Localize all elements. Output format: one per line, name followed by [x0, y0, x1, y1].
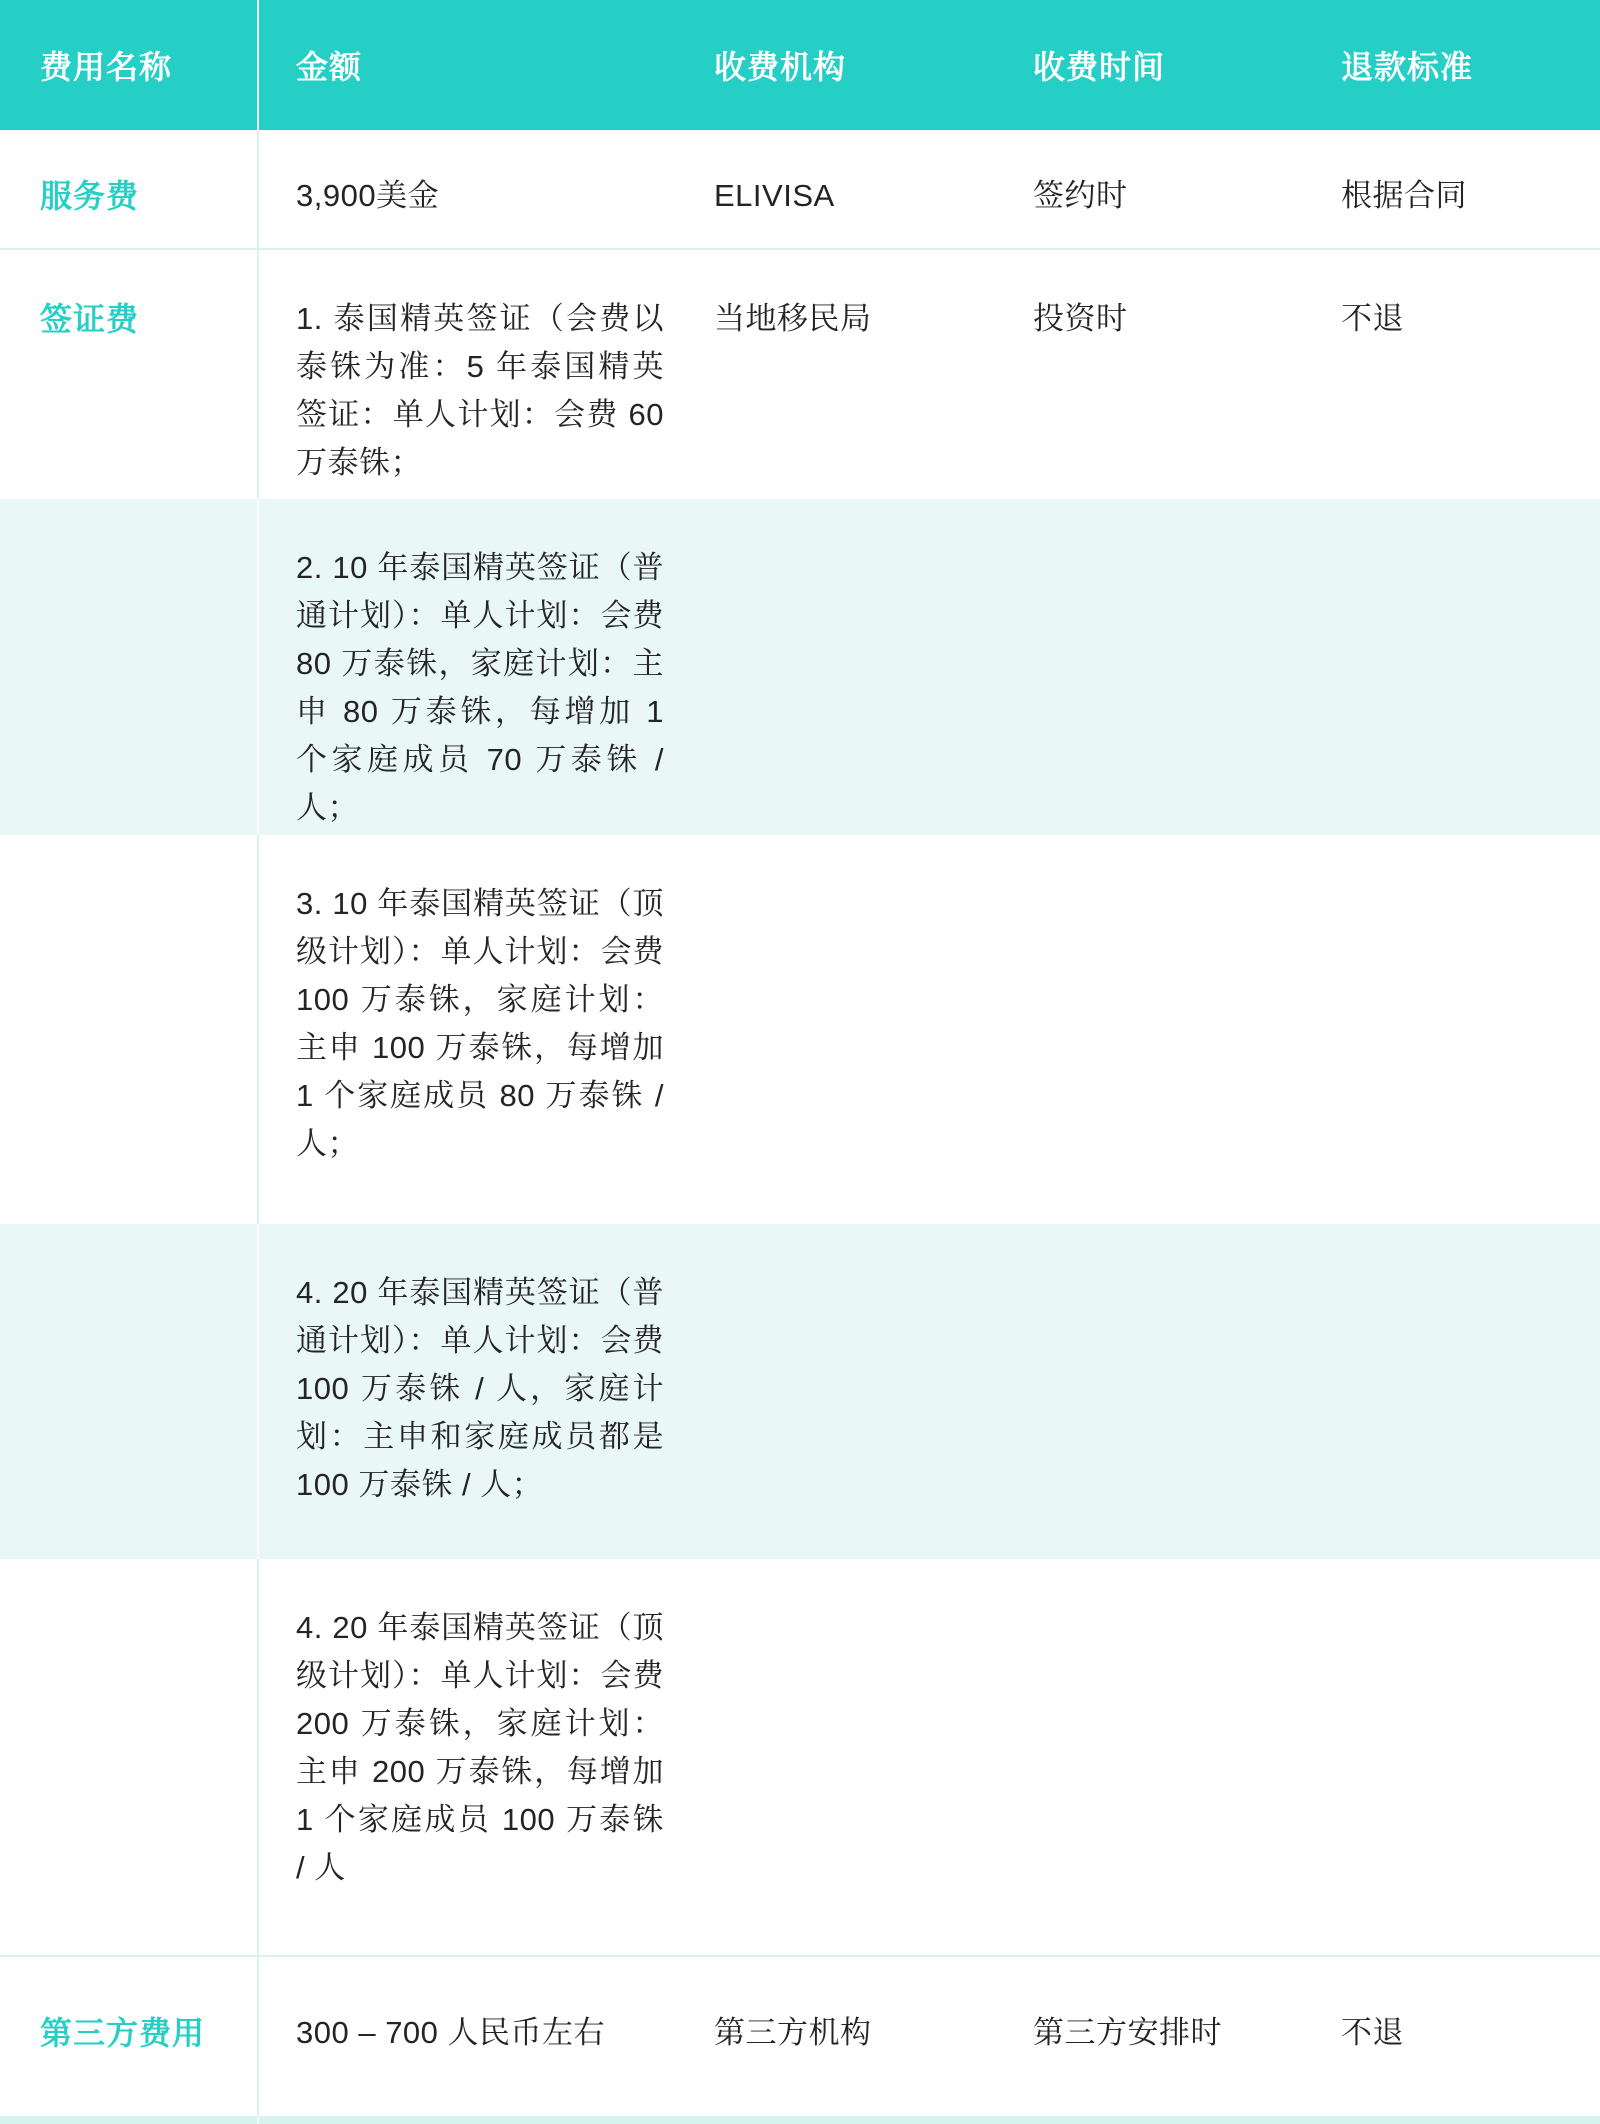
visa-fee-amount-block-1: 1. 泰国精英签证（会费以泰铢为准：5 年泰国精英签证：单人计划：会费 60 万…	[259, 250, 714, 499]
row-label-third-party-fee: 第三方费用	[0, 1957, 259, 2116]
visa-fee-amount-block-2: 2. 10 年泰国精英签证（普通计划）：单人计划：会费 80 万泰铢，家庭计划：…	[259, 499, 714, 835]
visa-fee-amount-text-1: 1. 泰国精英签证（会费以泰铢为准：5 年泰国精英签证：单人计划：会费 60 万…	[296, 295, 664, 487]
visa-fee-empty-name-cell-4	[0, 1224, 259, 1559]
visa-fee-agency: 当地移民局	[714, 250, 1033, 499]
visa-fee-empty-name-cell-5	[0, 1559, 259, 1955]
visa-fee-amount-block-3: 3. 10 年泰国精英签证（顶级计划）：单人计划：会费 100 万泰铢，家庭计划…	[259, 835, 714, 1224]
row-label-visa-fee: 签证费	[0, 250, 259, 499]
table-row-visa-fee-band-1: 签证费 1. 泰国精英签证（会费以泰铢为准：5 年泰国精英签证：单人计划：会费 …	[0, 250, 1600, 499]
header-time: 收费时间	[1033, 42, 1341, 88]
visa-fee-refund: 不退	[1341, 250, 1600, 499]
visa-fee-empty-name-cell-3	[0, 835, 259, 1224]
header-fee-name: 费用名称	[0, 0, 259, 130]
visa-fee-amount-block-4: 4. 20 年泰国精英签证（普通计划）：单人计划：会费 100 万泰铢 / 人，…	[259, 1224, 714, 1559]
visa-fee-amount-text-2: 2. 10 年泰国精英签证（普通计划）：单人计划：会费 80 万泰铢，家庭计划：…	[296, 544, 664, 832]
bottom-divider-strip	[0, 2116, 1600, 2124]
visa-fee-amount-text-4: 4. 20 年泰国精英签证（普通计划）：单人计划：会费 100 万泰铢 / 人，…	[296, 1269, 664, 1509]
header-amount: 金额	[259, 42, 714, 88]
visa-fee-amount-text-5: 4. 20 年泰国精英签证（顶级计划）：单人计划：会费 200 万泰铢，家庭计划…	[296, 1604, 664, 1892]
table-row-visa-fee-band-5: 4. 20 年泰国精英签证（顶级计划）：单人计划：会费 200 万泰铢，家庭计划…	[0, 1559, 1600, 1955]
third-party-fee-agency: 第三方机构	[714, 1957, 1033, 2116]
table-row-service-fee: 服务费 3,900美金 ELIVISA 签约时 根据合同	[0, 130, 1600, 250]
third-party-fee-refund: 不退	[1341, 1957, 1600, 2116]
visa-fee-amount-text-3: 3. 10 年泰国精英签证（顶级计划）：单人计划：会费 100 万泰铢，家庭计划…	[296, 880, 664, 1168]
table-header: 费用名称 金额 收费机构 收费时间 退款标准	[0, 0, 1600, 130]
header-refund: 退款标准	[1341, 42, 1600, 88]
third-party-fee-time: 第三方安排时	[1033, 1957, 1341, 2116]
table-row-third-party-fee: 第三方费用 300 – 700 人民币左右 第三方机构 第三方安排时 不退	[0, 1955, 1600, 2116]
service-fee-refund: 根据合同	[1341, 130, 1600, 248]
fee-table: 费用名称 金额 收费机构 收费时间 退款标准 服务费 3,900美金 ELIVI…	[0, 0, 1600, 2124]
service-fee-agency: ELIVISA	[714, 130, 1033, 248]
table-row-visa-fee-band-4: 4. 20 年泰国精英签证（普通计划）：单人计划：会费 100 万泰铢 / 人，…	[0, 1224, 1600, 1559]
header-agency: 收费机构	[714, 42, 1033, 88]
visa-fee-empty-name-cell-2	[0, 499, 259, 835]
service-fee-time: 签约时	[1033, 130, 1341, 248]
service-fee-amount: 3,900美金	[259, 130, 714, 248]
row-label-service-fee: 服务费	[0, 130, 259, 248]
visa-fee-amount-block-5: 4. 20 年泰国精英签证（顶级计划）：单人计划：会费 200 万泰铢，家庭计划…	[259, 1559, 714, 1955]
third-party-fee-amount: 300 – 700 人民币左右	[259, 1957, 714, 2116]
table-row-visa-fee-band-3: 3. 10 年泰国精英签证（顶级计划）：单人计划：会费 100 万泰铢，家庭计划…	[0, 835, 1600, 1224]
visa-fee-time: 投资时	[1033, 250, 1341, 499]
table-row-visa-fee-band-2: 2. 10 年泰国精英签证（普通计划）：单人计划：会费 80 万泰铢，家庭计划：…	[0, 499, 1600, 835]
